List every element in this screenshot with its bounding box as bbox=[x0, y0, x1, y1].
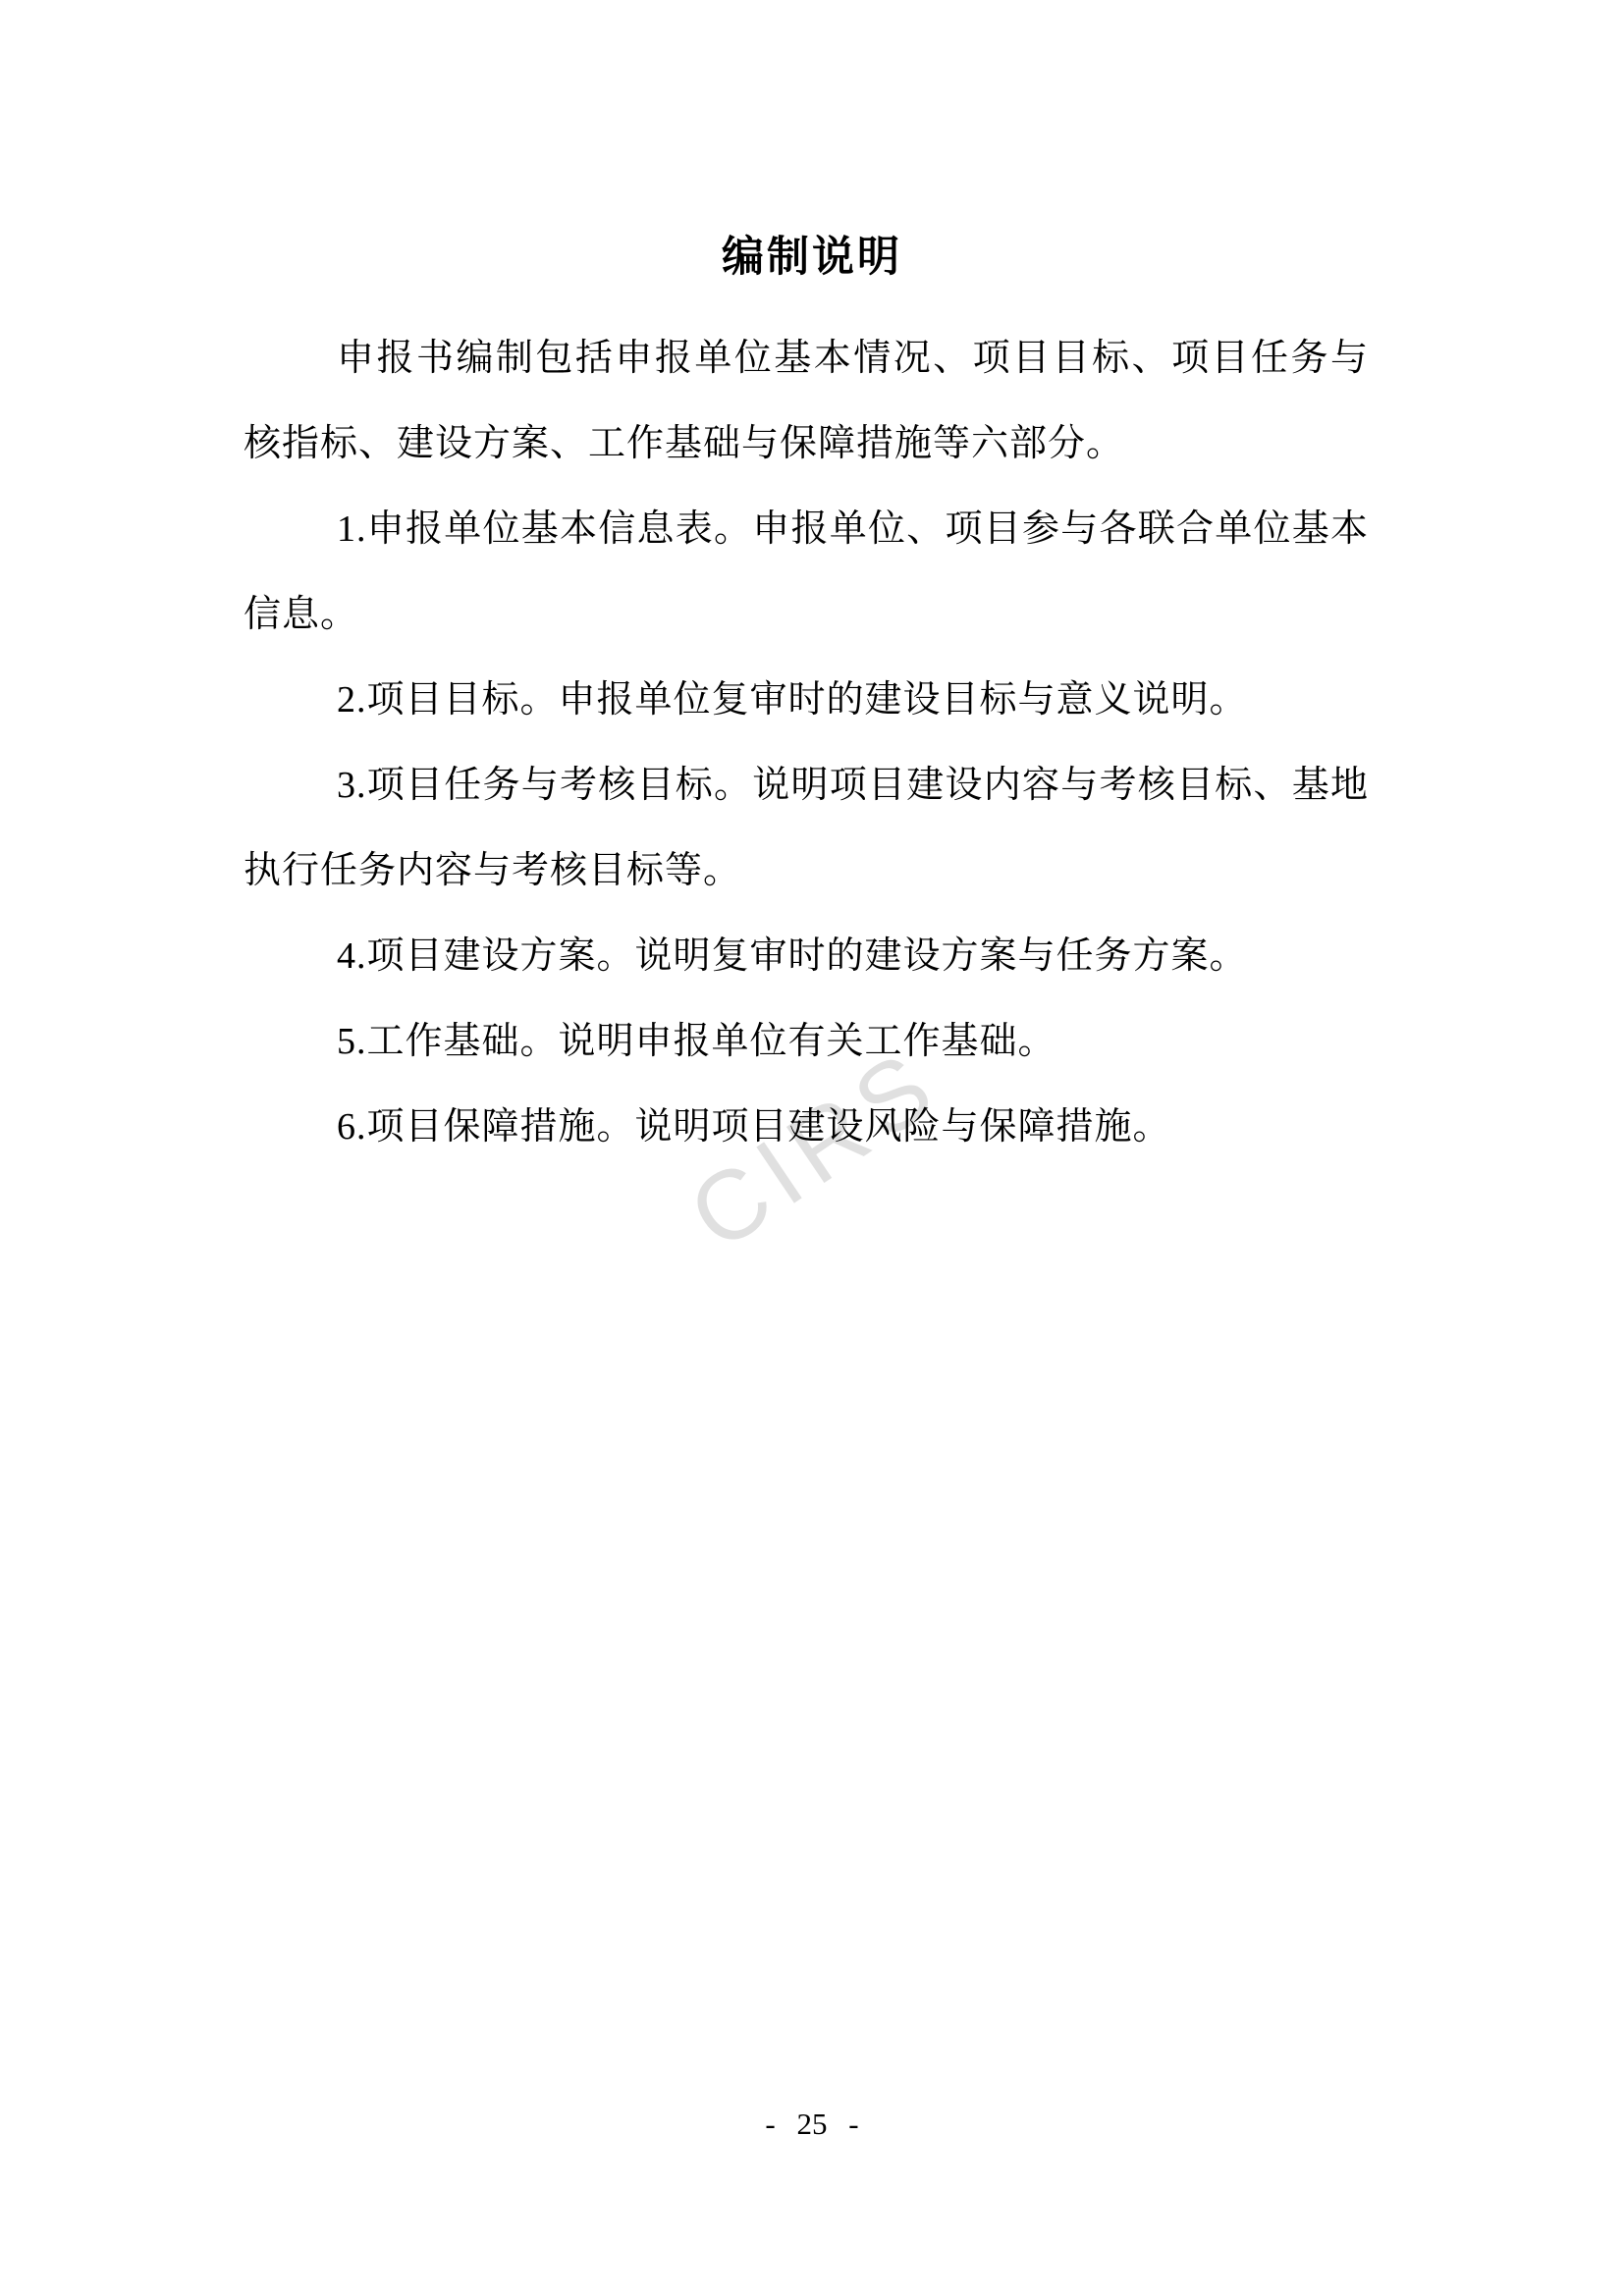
paragraph-line: 6.项目保障措施。说明项目建设风险与保障措施。 bbox=[244, 1085, 1369, 1170]
page-number: - 25 - bbox=[0, 2107, 1624, 2142]
page-title: 编制说明 bbox=[0, 224, 1624, 284]
paragraph-line: 申报书编制包括申报单位基本情况、项目目标、项目任务与考 bbox=[244, 316, 1369, 401]
paragraph-line: 1.申报单位基本信息表。申报单位、项目参与各联合单位基本 bbox=[244, 487, 1369, 572]
document-page: CIRS 编制说明 申报书编制包括申报单位基本情况、项目目标、项目任务与考 核指… bbox=[0, 0, 1624, 2296]
paragraph-line: 4.项目建设方案。说明复审时的建设方案与任务方案。 bbox=[244, 914, 1369, 999]
paragraph-line: 执行任务内容与考核目标等。 bbox=[244, 828, 1369, 914]
paragraph-line: 3.项目任务与考核目标。说明项目建设内容与考核目标、基地 bbox=[244, 743, 1369, 828]
paragraph-line: 5.工作基础。说明申报单位有关工作基础。 bbox=[244, 999, 1369, 1085]
paragraph-line: 2.项目目标。申报单位复审时的建设目标与意义说明。 bbox=[244, 658, 1369, 743]
document-body: 申报书编制包括申报单位基本情况、项目目标、项目任务与考 核指标、建设方案、工作基… bbox=[244, 316, 1369, 1170]
paragraph-line: 信息。 bbox=[244, 572, 1369, 658]
paragraph-line: 核指标、建设方案、工作基础与保障措施等六部分。 bbox=[244, 401, 1369, 487]
